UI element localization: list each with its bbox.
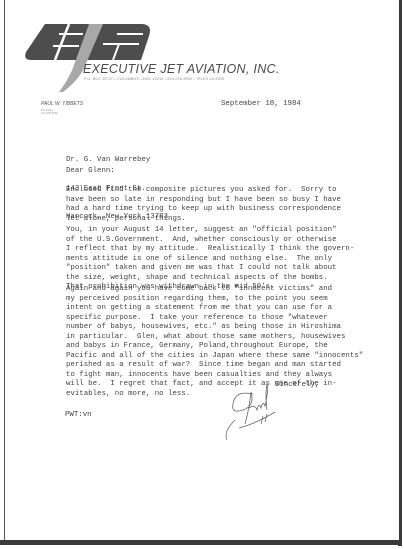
page-shadow-bottom (0, 540, 402, 545)
body-paragraph-2: You, in your August 14 letter, suggest a… (66, 226, 354, 293)
letter-page: EXECUTIVE JET AVIATION, INC. P.O. BOX 15… (4, 0, 399, 540)
sender-name: PAUL W. TIBBETS (41, 101, 83, 107)
company-address: P.O. BOX 15707 • COLUMBUS, OHIO 43215 • … (84, 77, 224, 81)
salutation: Dear Glenn: (66, 167, 115, 177)
letter-date: September 18, 1984 (221, 100, 301, 110)
company-name: EXECUTIVE JET AVIATION, INC. (83, 62, 280, 76)
signature-icon (215, 380, 295, 440)
ejet-logo-icon (23, 18, 153, 93)
recipient-name: Dr. G. Van Warrebey (66, 156, 168, 166)
typist-initials: PWT:vn (65, 411, 92, 421)
body-paragraph-1: Enclosed find the composite pictures you… (66, 186, 341, 224)
sender-phone: 614 239 5561 (41, 111, 58, 115)
